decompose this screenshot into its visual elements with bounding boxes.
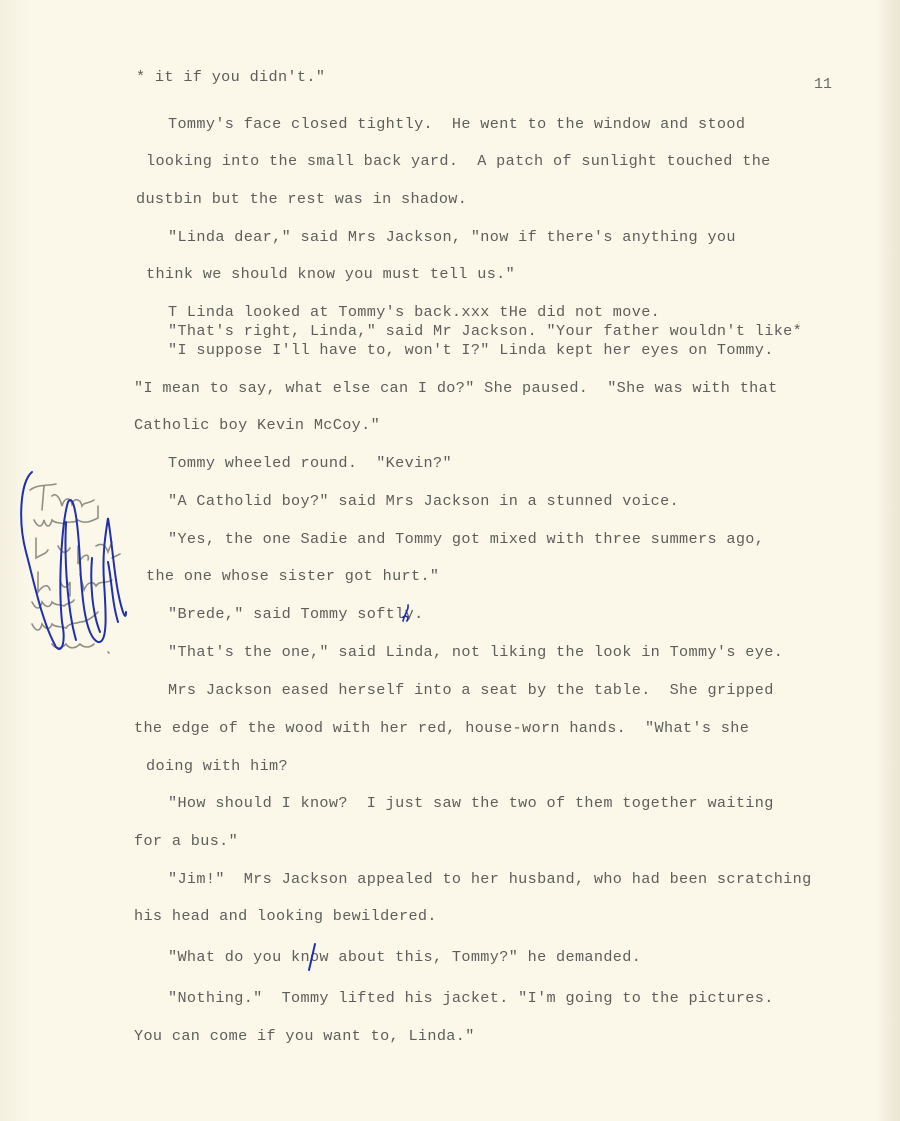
text-line: "How should I know? I just saw the two o…: [168, 794, 774, 812]
pen-space-insert-slash: [306, 942, 318, 972]
text-line: Mrs Jackson eased herself into a seat by…: [168, 681, 774, 699]
text-line: his head and looking bewildered.: [134, 907, 437, 925]
text-line: "I mean to say, what else can I do?" She…: [134, 379, 778, 397]
text-line: "I suppose I'll have to, won't I?" Linda…: [168, 341, 774, 359]
text-line: "Brede," said Tommy softly.: [168, 605, 424, 623]
text-line: dustbin but the rest was in shadow.: [136, 190, 467, 208]
text-line: "Jim!" Mrs Jackson appealed to her husba…: [168, 870, 812, 888]
scribbled-margin-note: [8, 462, 148, 662]
text-line: Catholic boy Kevin McCoy.": [134, 416, 380, 434]
text-line: the one whose sister got hurt.": [146, 567, 439, 585]
typewritten-page: 11 * it if you didn't." Tommy's face clo…: [0, 0, 900, 1121]
pen-correction-mark: [399, 603, 413, 625]
text-line: Tommy wheeled round. "Kevin?": [168, 454, 452, 472]
page-number: 11: [814, 76, 832, 93]
text-line: You can come if you want to, Linda.": [134, 1027, 475, 1045]
text-line: doing with him?: [146, 757, 288, 775]
text-line: looking into the small back yard. A patc…: [146, 152, 771, 170]
text-line: "What do you know about this, Tommy?" he…: [168, 948, 641, 966]
text-line: "Linda dear," said Mrs Jackson, "now if …: [168, 228, 736, 246]
text-line: "Yes, the one Sadie and Tommy got mixed …: [168, 530, 764, 548]
text-line: "That's the one," said Linda, not liking…: [168, 643, 783, 661]
text-line: think we should know you must tell us.": [146, 265, 515, 283]
text-line: for a bus.": [134, 832, 238, 850]
blue-pen-scribble: [21, 472, 126, 649]
text-line: "A Catholid boy?" said Mrs Jackson in a …: [168, 492, 679, 510]
text-line: T Linda looked at Tommy's back.xxx tHe d…: [168, 303, 660, 321]
text-line: the edge of the wood with her red, house…: [134, 719, 749, 737]
text-line: Tommy's face closed tightly. He went to …: [168, 115, 745, 133]
text-line: "Nothing." Tommy lifted his jacket. "I'm…: [168, 989, 774, 1007]
text-line: "That's right, Linda," said Mr Jackson. …: [168, 322, 802, 340]
text-line: * it if you didn't.": [136, 68, 325, 86]
